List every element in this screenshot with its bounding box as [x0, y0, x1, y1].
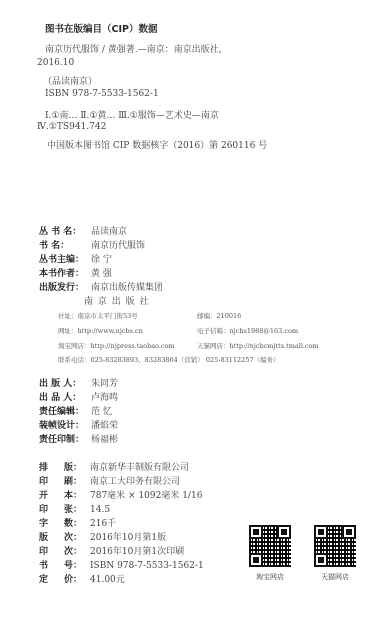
spec-label-a: 定 — [39, 572, 64, 585]
spec-label-b: 张： — [64, 502, 90, 515]
field-value: 潘焰荣 — [91, 418, 118, 431]
spec-row: 字 数： 216千 — [39, 516, 116, 529]
series-name-row: 丛 书 名： 品读南京 — [39, 224, 127, 237]
spec-row: 排 版： 南京新华丰制版有限公司 — [39, 460, 189, 473]
distributor-row: 出版发行： 南京出版传媒集团 — [39, 280, 163, 293]
spec-value: 787毫米 × 1092毫米 1/16 — [90, 488, 202, 501]
field-value: 卢海鸣 — [91, 390, 118, 403]
publisher-postcode: 邮编：210016 — [197, 311, 241, 320]
spec-label-b: 版： — [64, 460, 90, 473]
spec-value: 14.5 — [90, 505, 110, 515]
designer-row: 装帧设计： 潘焰荣 — [39, 418, 118, 431]
spec-row: 书 号： ISBN 978-7-5533-1562-1 — [39, 558, 204, 571]
spec-label-b: 次： — [64, 530, 90, 543]
spec-label-b: 刷： — [64, 474, 90, 487]
spec-label-a: 排 — [39, 460, 64, 473]
spec-row: 印 次： 2016年10月第1次印刷 — [39, 544, 184, 557]
spec-value: 南京工大印务有限公司 — [90, 474, 180, 487]
spec-value: 2016年10月第1版 — [90, 530, 166, 543]
publisher-taobao[interactable]: 淘宝网店：http://njpress.taobao.com — [58, 341, 175, 350]
print-manager-row: 责任印制： 杨福彬 — [39, 432, 118, 445]
producer-row: 出 品 人： 卢海鸣 — [39, 390, 118, 403]
spec-row: 定 价： 41.00元 — [39, 572, 125, 585]
spec-label-a: 版 — [39, 530, 64, 543]
spec-label-a: 印 — [39, 474, 64, 487]
field-value: 南京出版传媒集团 — [91, 280, 163, 293]
publisher-tmall[interactable]: 天猫网店：http://njcbcmjtts.tmall.com — [197, 341, 319, 350]
field-label: 责任编辑： — [39, 404, 91, 417]
editor-row: 责任编辑： 范 忆 — [39, 404, 112, 417]
publisher-phone: 联系电话：025-83283893、83283864（营销） 025-83112… — [58, 355, 280, 364]
spec-label-b: 号： — [64, 558, 90, 571]
author-row: 本书作者： 黄 强 — [39, 266, 112, 279]
field-value: 徐 宁 — [91, 252, 112, 265]
spec-label-a: 开 — [39, 488, 64, 501]
cip-line-4: ISBN 978-7-5533-1562-1 — [45, 89, 159, 99]
cip-line-1: 南京历代服饰 / 黄强著.—南京：南京出版社， — [45, 42, 228, 55]
field-label: 出 品 人： — [39, 390, 91, 403]
spec-label-a: 字 — [39, 516, 64, 529]
spec-value: ISBN 978-7-5533-1562-1 — [90, 561, 204, 571]
publisher-email[interactable]: 电子信箱：njcbs1988@163.com — [197, 326, 298, 335]
spec-label-a: 书 — [39, 558, 64, 571]
publisher-name: 南 京 出 版 社 — [84, 294, 149, 307]
field-label: 丛 书 名： — [39, 224, 91, 237]
cip-line-6: Ⅳ.①TS941.742 — [37, 122, 106, 132]
field-label: 丛书主编： — [39, 252, 91, 265]
cip-line-2: 2016.10 — [37, 58, 74, 68]
field-label: 装帧设计： — [39, 418, 91, 431]
spec-row: 印 刷： 南京工大印务有限公司 — [39, 474, 180, 487]
spec-label-b: 价： — [64, 572, 90, 585]
tmall-qr-code-icon[interactable] — [314, 525, 356, 567]
cip-line-5: Ⅰ.①南… Ⅱ.①黄… Ⅲ.①服饰—艺术史—南京 — [45, 108, 219, 121]
cip-line-3: （品读南京） — [43, 74, 97, 87]
spec-row: 开 本： 787毫米 × 1092毫米 1/16 — [39, 488, 202, 501]
cip-title: 图书在版编目（CIP）数据 — [45, 21, 157, 35]
spec-value: 南京新华丰制版有限公司 — [90, 460, 189, 473]
field-value: 范 忆 — [91, 404, 112, 417]
spec-label-b: 数： — [64, 516, 90, 529]
publisher-address: 社址：南京市太平门街53号 — [58, 311, 138, 320]
spec-row: 版 次： 2016年10月第1版 — [39, 530, 166, 543]
spec-value: 2016年10月第1次印刷 — [90, 544, 184, 557]
cip-line-7: 中国版本图书馆 CIP 数据核字（2016）第 260116 号 — [47, 138, 267, 151]
spec-label-a: 印 — [39, 502, 64, 515]
publisher-website[interactable]: 网址：http://www.njcbs.cn — [58, 326, 143, 335]
taobao-qr-code-icon[interactable] — [249, 525, 291, 567]
field-label: 书 名： — [39, 238, 91, 251]
publisher-person-row: 出 版 人： 朱同芳 — [39, 376, 118, 389]
field-value: 杨福彬 — [91, 432, 118, 445]
field-label: 出版发行： — [39, 280, 91, 293]
field-label: 本书作者： — [39, 266, 91, 279]
field-value: 朱同芳 — [91, 376, 118, 389]
spec-value: 41.00元 — [90, 572, 125, 585]
spec-value: 216千 — [90, 516, 116, 529]
field-value: 品读南京 — [91, 224, 127, 237]
series-editor-row: 丛书主编： 徐 宁 — [39, 252, 112, 265]
tmall-qr-label: 天猫网店 — [305, 572, 365, 582]
field-value: 南京历代服饰 — [91, 238, 145, 251]
field-label: 出 版 人： — [39, 376, 91, 389]
field-value: 黄 强 — [91, 266, 112, 279]
spec-label-a: 印 — [39, 544, 64, 557]
spec-label-b: 次： — [64, 544, 90, 557]
spec-row: 印 张： 14.5 — [39, 502, 110, 515]
spec-label-b: 本： — [64, 488, 90, 501]
book-name-row: 书 名： 南京历代服饰 — [39, 238, 145, 251]
taobao-qr-label: 淘宝网店 — [240, 572, 300, 582]
field-label: 责任印制： — [39, 432, 91, 445]
